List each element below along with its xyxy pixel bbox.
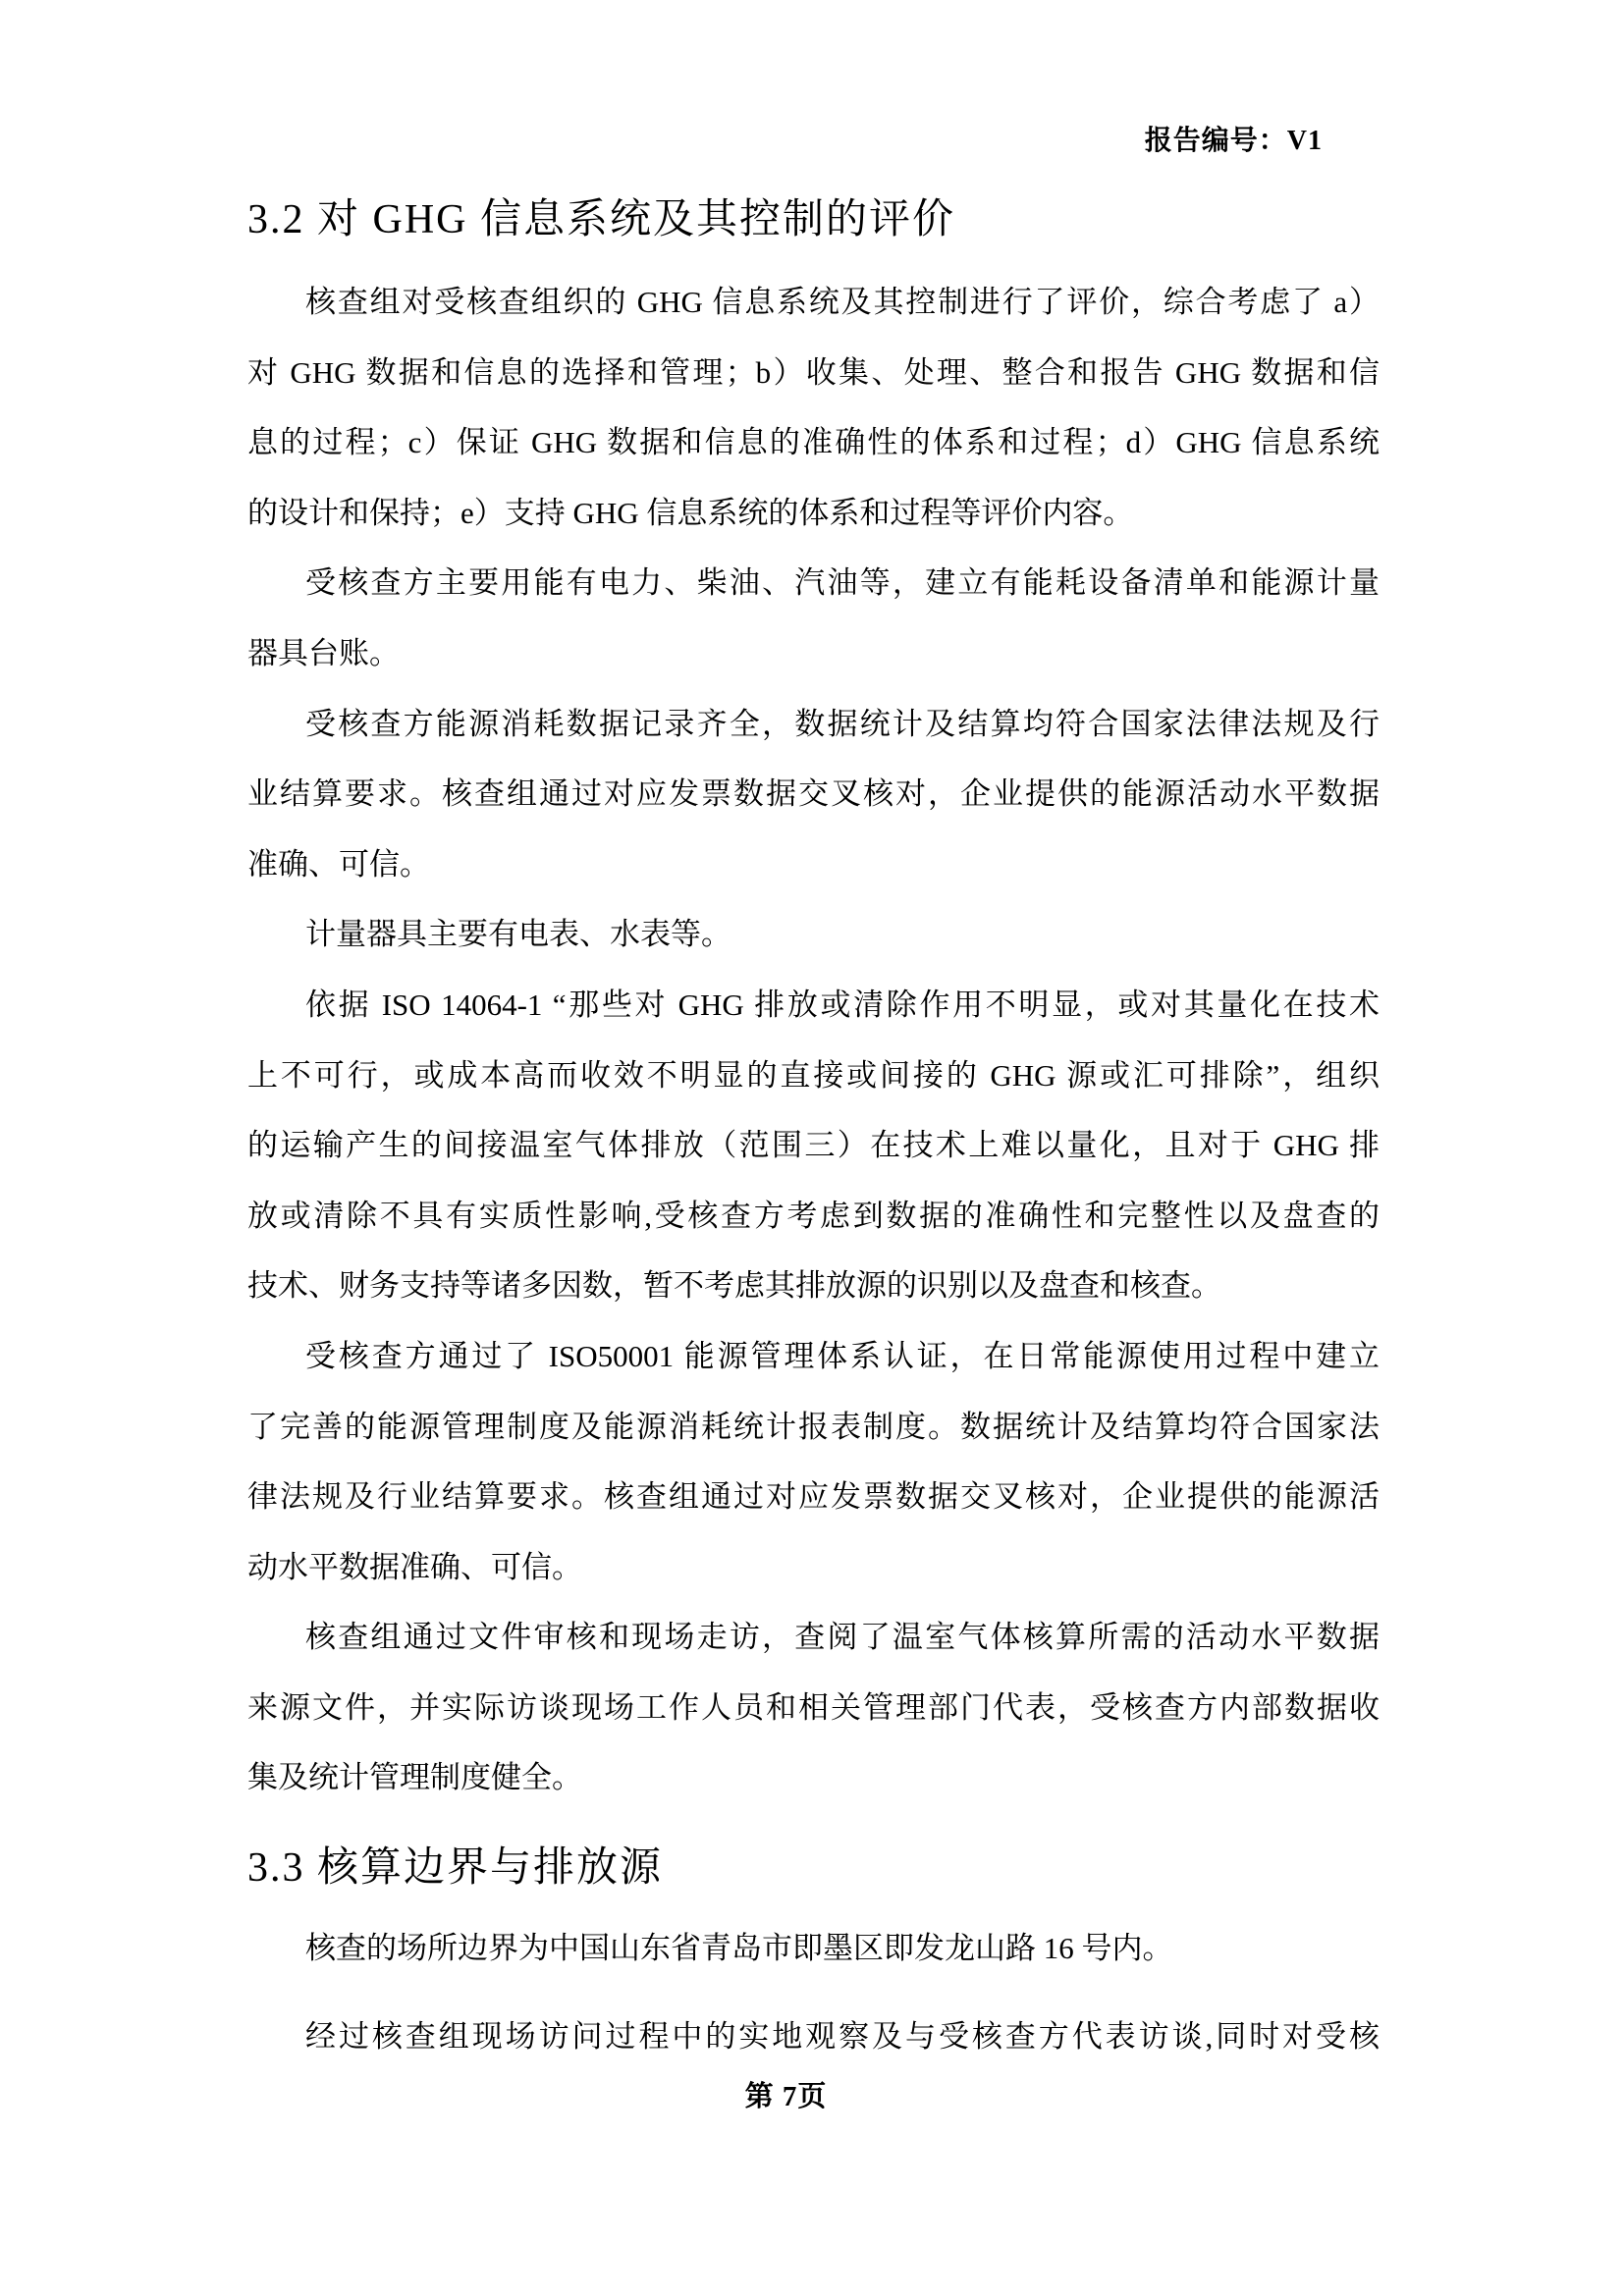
document-body: 3.2 对 GHG 信息系统及其控制的评价 核查组对受核查组织的 GHG 信息系… — [247, 0, 1380, 2071]
body-line: 息的过程；c）保证 GHG 数据和信息的准确性的体系和过程；d）GHG 信息系统 — [247, 407, 1380, 478]
body-line: 器具台账。 — [247, 618, 1380, 689]
body-line: 对 GHG 数据和信息的选择和管理；b）收集、处理、整合和报告 GHG 数据和信 — [247, 338, 1380, 408]
body-line: 了完善的能源管理制度及能源消耗统计报表制度。数据统计及结算均符合国家法 — [247, 1392, 1380, 1463]
document-page: 报告编号：V1 3.2 对 GHG 信息系统及其控制的评价 核查组对受核查组织的… — [0, 0, 1624, 2296]
body-line: 核查组通过文件审核和现场走访，查阅了温室气体核算所需的活动水平数据 — [247, 1602, 1380, 1673]
body-line: 核查组对受核查组织的 GHG 信息系统及其控制进行了评价，综合考虑了 a） — [247, 267, 1380, 338]
body-line: 律法规及行业结算要求。核查组通过对应发票数据交叉核对，企业提供的能源活 — [247, 1462, 1380, 1532]
section-heading-3-3: 3.3 核算边界与排放源 — [247, 1844, 1380, 1892]
body-line: 受核查方通过了 ISO50001 能源管理体系认证，在日常能源使用过程中建立 — [247, 1321, 1380, 1392]
body-line: 业结算要求。核查组通过对应发票数据交叉核对，企业提供的能源活动水平数据 — [247, 759, 1380, 829]
page-number-footer: 第 7页 — [247, 2077, 1380, 2116]
body-line: 放或清除不具有实质性影响,受核查方考虑到数据的准确性和完整性以及盘查的 — [247, 1181, 1380, 1252]
body-line: 准确、可信。 — [247, 829, 1380, 900]
body-line: 的运输产生的间接温室气体排放（范围三）在技术上难以量化，且对于 GHG 排 — [247, 1110, 1380, 1181]
body-line: 上不可行，或成本高而收效不明显的直接或间接的 GHG 源或汇可排除”，组织 — [247, 1041, 1380, 1111]
body-line: 的设计和保持；e）支持 GHG 信息系统的体系和过程等评价内容。 — [247, 478, 1380, 549]
body-line: 来源文件，并实际访谈现场工作人员和相关管理部门代表，受核查方内部数据收 — [247, 1673, 1380, 1743]
body-line: 集及统计管理制度健全。 — [247, 1742, 1380, 1813]
body-line: 技术、财务支持等诸多因数，暂不考虑其排放源的识别以及盘查和核查。 — [247, 1251, 1380, 1321]
body-line: 依据 ISO 14064-1 “那些对 GHG 排放或清除作用不明显，或对其量化… — [247, 970, 1380, 1041]
body-line: 受核查方主要用能有电力、柴油、汽油等，建立有能耗设备清单和能源计量 — [247, 548, 1380, 618]
section-heading-3-2: 3.2 对 GHG 信息系统及其控制的评价 — [247, 196, 1380, 243]
body-line: 计量器具主要有电表、水表等。 — [247, 899, 1380, 970]
body-line: 受核查方能源消耗数据记录齐全，数据统计及结算均符合国家法律法规及行 — [247, 689, 1380, 760]
body-line: 核查的场所边界为中国山东省青岛市即墨区即发龙山路 16 号内。 — [247, 1913, 1380, 1984]
body-line: 动水平数据准确、可信。 — [247, 1532, 1380, 1603]
body-line: 经过核查组现场访问过程中的实地观察及与受核查方代表访谈,同时对受核 — [247, 2002, 1380, 2072]
